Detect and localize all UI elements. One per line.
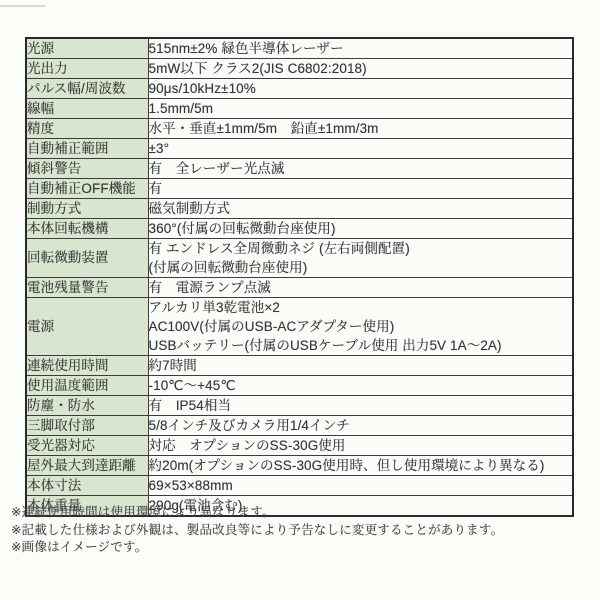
spec-row: 自動補正範囲±3°	[26, 139, 573, 159]
spec-table: 光源515nm±2% 緑色半導体レーザー光出力5mW以下 クラス2(JIS C6…	[25, 37, 574, 517]
spec-value-line: AC100V(付属のUSB-ACアダプター使用)	[149, 317, 573, 336]
spec-row: 自動補正OFF機能有	[26, 179, 573, 199]
spec-row: 電源アルカリ単3乾電池×2AC100V(付属のUSB-ACアダプター使用)USB…	[26, 298, 573, 356]
footnotes: ※連続使用時間は使用環境により異なります。※記載した仕様および外観は、製品改良等…	[11, 504, 591, 557]
spec-label: 連続使用時間	[26, 356, 148, 376]
spec-label: 線幅	[26, 99, 148, 119]
spec-value-line: (付属の回転微動台座使用)	[149, 258, 573, 277]
spec-value: 有	[148, 179, 573, 199]
spec-value: 水平・垂直±1mm/5m 鉛直±1mm/3m	[148, 119, 573, 139]
spec-label: 本体寸法	[26, 476, 148, 496]
spec-value: 69×53×88mm	[148, 476, 573, 496]
spec-value: 約7時間	[148, 356, 573, 376]
spec-label: 精度	[26, 119, 148, 139]
spec-row: 受光器対応対応 オプションのSS-30G使用	[26, 436, 573, 456]
spec-value-line: ±3°	[149, 139, 573, 158]
spec-row: 光源515nm±2% 緑色半導体レーザー	[26, 38, 573, 59]
spec-value: 有 全レーザー光点滅	[148, 159, 573, 179]
spec-row: 光出力5mW以下 クラス2(JIS C6802:2018)	[26, 59, 573, 79]
spec-label: 制動方式	[26, 199, 148, 219]
spec-value: アルカリ単3乾電池×2AC100V(付属のUSB-ACアダプター使用)USBバッ…	[148, 298, 573, 356]
spec-value: 515nm±2% 緑色半導体レーザー	[148, 38, 573, 59]
spec-row: 電池残量警告有 電源ランプ点滅	[26, 278, 573, 298]
spec-value-line: 515nm±2% 緑色半導体レーザー	[149, 39, 573, 58]
footnote: ※画像はイメージです。	[11, 539, 591, 557]
spec-value-line: 5/8インチ及びカメラ用1/4インチ	[149, 416, 573, 435]
spec-value: 360°(付属の回転微動台座使用)	[148, 219, 573, 239]
spec-value-line: 5mW以下 クラス2(JIS C6802:2018)	[149, 59, 573, 78]
spec-label: パルス幅/周波数	[26, 79, 148, 99]
spec-row: パルス幅/周波数90μs/10kHz±10%	[26, 79, 573, 99]
spec-value-line: アルカリ単3乾電池×2	[149, 298, 573, 317]
spec-row: 回転微動装置有 エンドレス全周微動ネジ (左右両側配置)(付属の回転微動台座使用…	[26, 239, 573, 278]
spec-label: 光源	[26, 38, 148, 59]
spec-label: 自動補正範囲	[26, 139, 148, 159]
spec-value: 90μs/10kHz±10%	[148, 79, 573, 99]
spec-value-line: 磁気制動方式	[149, 199, 573, 218]
spec-row: 連続使用時間約7時間	[26, 356, 573, 376]
spec-label: 三脚取付部	[26, 416, 148, 436]
spec-label: 光出力	[26, 59, 148, 79]
scan-artifact-line	[0, 5, 46, 7]
spec-label: 自動補正OFF機能	[26, 179, 148, 199]
spec-row: 制動方式磁気制動方式	[26, 199, 573, 219]
spec-row: 三脚取付部5/8インチ及びカメラ用1/4インチ	[26, 416, 573, 436]
spec-row: 線幅1.5mm/5m	[26, 99, 573, 119]
spec-value: -10℃～+45℃	[148, 376, 573, 396]
spec-label: 電池残量警告	[26, 278, 148, 298]
spec-label: 傾斜警告	[26, 159, 148, 179]
spec-row: 防塵・防水有 IP54相当	[26, 396, 573, 416]
spec-value-line: 約7時間	[149, 356, 573, 375]
spec-value-line: 約20m(オプションのSS-30G使用時、但し使用環境により異なる)	[149, 456, 573, 475]
spec-value-line: 69×53×88mm	[149, 476, 573, 495]
spec-label: 電源	[26, 298, 148, 356]
footnote: ※記載した仕様および外観は、製品改良等により予告なしに変更することがあります。	[11, 522, 591, 540]
spec-value-line: 360°(付属の回転微動台座使用)	[149, 219, 573, 238]
spec-value-line: -10℃～+45℃	[149, 376, 573, 395]
spec-row: 本体回転機構360°(付属の回転微動台座使用)	[26, 219, 573, 239]
spec-value-line: 有	[149, 179, 573, 198]
spec-sheet-page: 光源515nm±2% 緑色半導体レーザー光出力5mW以下 クラス2(JIS C6…	[0, 0, 600, 600]
spec-value-line: 1.5mm/5m	[149, 99, 573, 118]
spec-label: 受光器対応	[26, 436, 148, 456]
spec-value-line: USBバッテリー(付属のUSBケーブル使用 出力5V 1A～2A)	[149, 336, 573, 355]
spec-value: 5/8インチ及びカメラ用1/4インチ	[148, 416, 573, 436]
spec-value: 対応 オプションのSS-30G使用	[148, 436, 573, 456]
spec-value-line: 90μs/10kHz±10%	[149, 79, 573, 98]
footnote: ※連続使用時間は使用環境により異なります。	[11, 504, 591, 522]
spec-value-line: 有 エンドレス全周微動ネジ (左右両側配置)	[149, 239, 573, 258]
spec-value-line: 水平・垂直±1mm/5m 鉛直±1mm/3m	[149, 119, 573, 138]
spec-label: 回転微動装置	[26, 239, 148, 278]
spec-row: 精度水平・垂直±1mm/5m 鉛直±1mm/3m	[26, 119, 573, 139]
spec-value: 約20m(オプションのSS-30G使用時、但し使用環境により異なる)	[148, 456, 573, 476]
spec-label: 使用温度範囲	[26, 376, 148, 396]
spec-value: 磁気制動方式	[148, 199, 573, 219]
spec-row: 屋外最大到達距離約20m(オプションのSS-30G使用時、但し使用環境により異な…	[26, 456, 573, 476]
spec-value: 5mW以下 クラス2(JIS C6802:2018)	[148, 59, 573, 79]
spec-value: ±3°	[148, 139, 573, 159]
spec-value-line: 有 IP54相当	[149, 396, 573, 415]
spec-label: 屋外最大到達距離	[26, 456, 148, 476]
spec-row: 傾斜警告有 全レーザー光点滅	[26, 159, 573, 179]
spec-row: 使用温度範囲-10℃～+45℃	[26, 376, 573, 396]
spec-value: 有 電源ランプ点滅	[148, 278, 573, 298]
spec-value: 1.5mm/5m	[148, 99, 573, 119]
spec-value: 有 IP54相当	[148, 396, 573, 416]
spec-value-line: 有 電源ランプ点滅	[149, 278, 573, 297]
spec-label: 防塵・防水	[26, 396, 148, 416]
spec-value-line: 有 全レーザー光点滅	[149, 159, 573, 178]
spec-label: 本体回転機構	[26, 219, 148, 239]
spec-row: 本体寸法69×53×88mm	[26, 476, 573, 496]
spec-value-line: 対応 オプションのSS-30G使用	[149, 436, 573, 455]
spec-value: 有 エンドレス全周微動ネジ (左右両側配置)(付属の回転微動台座使用)	[148, 239, 573, 278]
